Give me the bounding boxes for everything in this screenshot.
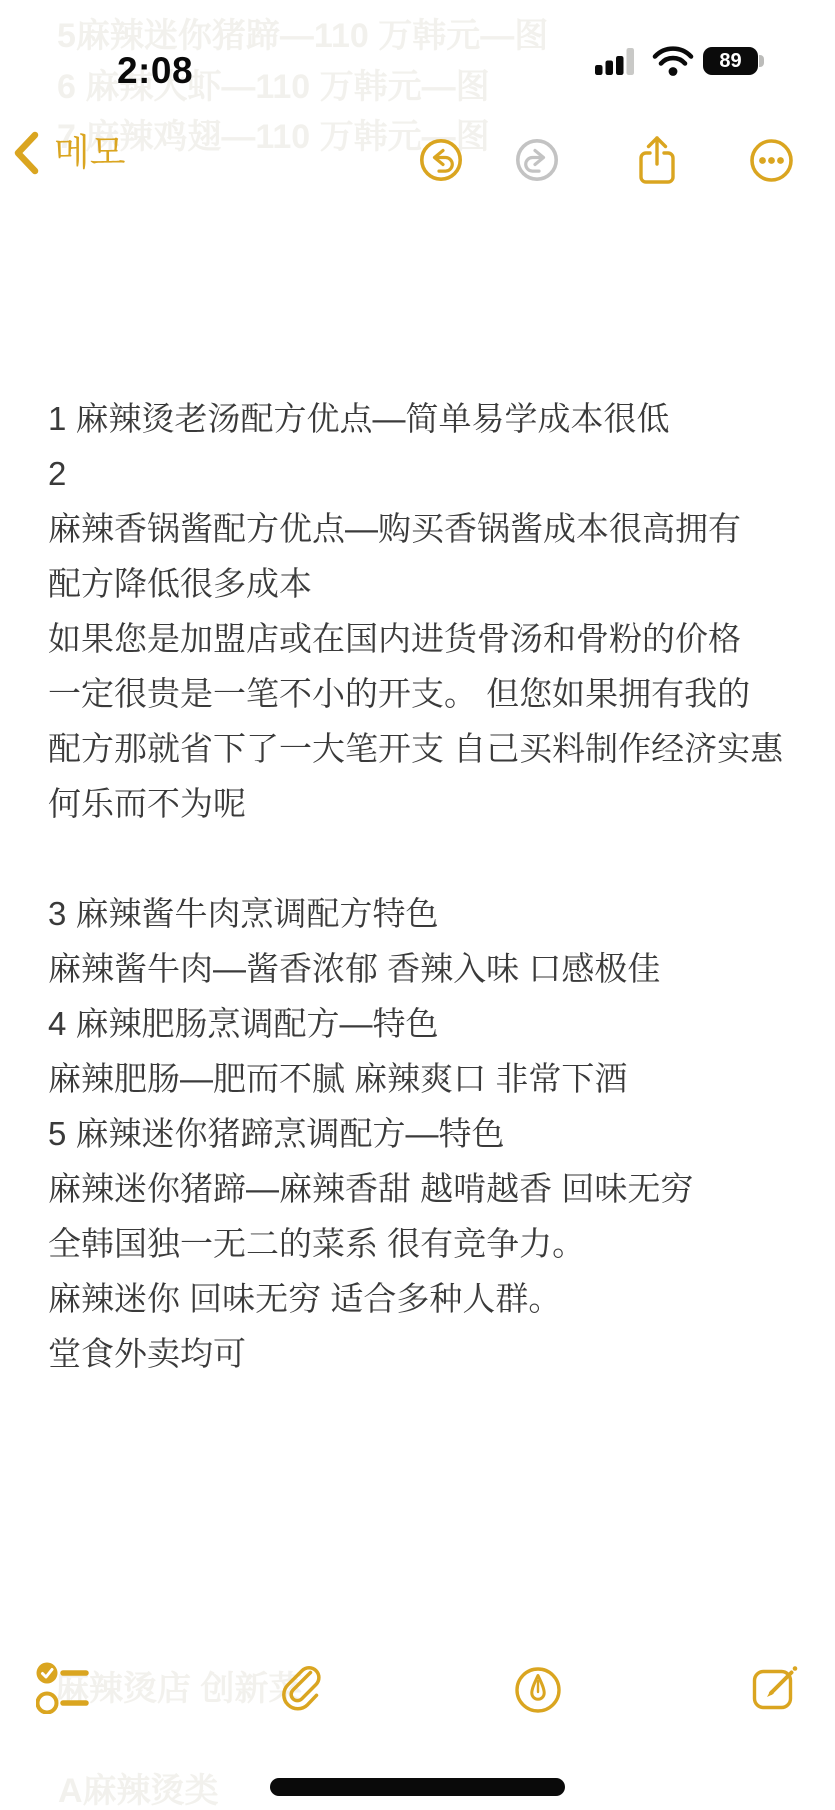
redo-button[interactable] <box>514 137 560 183</box>
note-line: 麻辣迷你 回味无穷 适合多种人群。 <box>48 1271 825 1326</box>
checklist-button[interactable] <box>36 1662 90 1714</box>
more-button[interactable] <box>748 137 795 184</box>
ghost-line: A麻辣烫类 <box>58 1770 219 1810</box>
paperclip-button[interactable] <box>279 1664 324 1716</box>
back-button[interactable]: 메모 <box>12 130 125 176</box>
note-line: 一定很贵是一笔不小的开支。 但您如果拥有我的 <box>48 666 825 721</box>
note-line: 5 麻辣迷你猪蹄烹调配方—特色 <box>48 1106 825 1161</box>
note-line: 堂食外卖均可 <box>48 1326 825 1381</box>
note-line: 配方那就省下了一大笔开支 自己买料制作经济实惠 <box>48 721 825 776</box>
note-line: 3 麻辣酱牛肉烹调配方特色 <box>48 886 825 941</box>
clock-time: 2:08 <box>100 50 210 92</box>
compose-button[interactable] <box>751 1663 799 1711</box>
note-line: 麻辣酱牛肉—酱香浓郁 香辣入味 口感极佳 <box>48 941 825 996</box>
note-body[interactable]: 1 麻辣烫老汤配方优点—简单易学成本很低2麻辣香锅酱配方优点—购买香锅酱成本很高… <box>48 391 825 1381</box>
status-bar: 2:08 89 <box>0 0 835 110</box>
battery-icon: 89 <box>703 47 765 75</box>
note-line: 何乐而不为呢 <box>48 776 825 831</box>
bottom-toolbar <box>0 1650 835 1730</box>
note-line: 4 麻辣肥肠烹调配方—特色 <box>48 996 825 1051</box>
wifi-icon <box>652 46 694 77</box>
cellular-signal-icon <box>595 48 641 75</box>
share-button[interactable] <box>635 133 679 187</box>
note-line: 如果您是加盟店或在国内进货骨汤和骨粉的价格 <box>48 611 825 666</box>
note-line: 麻辣肥肠—肥而不腻 麻辣爽口 非常下酒 <box>48 1051 825 1106</box>
undo-button[interactable] <box>418 137 464 183</box>
battery-nub <box>759 55 764 67</box>
back-button-label: 메모 <box>54 130 125 176</box>
note-line: 2 <box>48 446 825 501</box>
note-line: 麻辣香锅酱配方优点—购买香锅酱成本很高拥有 <box>48 501 825 556</box>
note-line: 全韩国独一无二的菜系 很有竞争力。 <box>48 1216 825 1271</box>
back-chevron-icon <box>12 130 40 176</box>
battery-percent: 89 <box>703 47 758 75</box>
home-indicator[interactable] <box>270 1778 565 1796</box>
note-line: 麻辣迷你猪蹄—麻辣香甜 越啃越香 回味无穷 <box>48 1161 825 1216</box>
note-line <box>48 831 825 886</box>
note-line: 配方降低很多成本 <box>48 556 825 611</box>
nav-bar: 메모 <box>0 118 835 202</box>
markup-pen-button[interactable] <box>513 1665 563 1715</box>
notes-app-screen: 5麻辣迷你猪蹄—110 万韩元—图6 麻辣大虾—110 万韩元—图7 麻辣鸡翅—… <box>0 0 835 1810</box>
note-line: 1 麻辣烫老汤配方优点—简单易学成本很低 <box>48 391 825 446</box>
